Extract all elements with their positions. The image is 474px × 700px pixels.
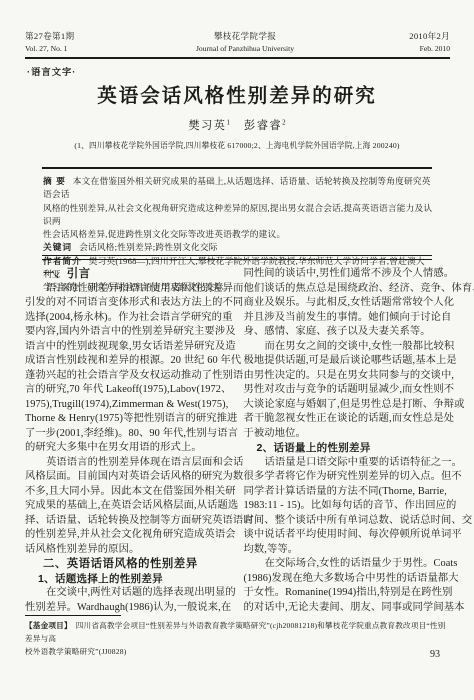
section-label: ·语言文字· [27,64,76,78]
body-line-text: 均数,等等。 [244,544,299,555]
volume-cn: 第27卷第1期 [25,31,135,43]
left-column: 一、引言语言的性别差异指语言使用者因性别差异而引发的对不同语言变体形式和表达方法… [25,267,232,615]
body-line: 择、话语量、话轮转换及控制等方面研究英语语言 [25,514,232,529]
body-line-text: 究成果的基础上,在英语会话风格层面,从话题选 [25,500,238,511]
journal-name-cn: 攀枝花学院学报 [135,31,355,43]
body-line-text: 成语言性别歧视和差异的根源。20 世纪 60 年代 [25,355,241,366]
body-line-text: 而在男女之间的交谈中,女性一般都比较积 [265,341,455,352]
issue-date: 2010年2月 Feb. 2010 [355,31,450,54]
body-line-text: 商业及娱乐。与此相反,女性话题常常较个人化 [244,297,455,308]
body-line: 很多学者将它作为研究性别差异的切入点。但不 [244,470,451,485]
body-line: 语言的性别差异指语言使用者因性别差异而 [25,282,232,297]
body-line-text: 在交谈中,两性对话题的选择表现出明显的 [46,587,236,598]
body-line: 2、话语量上的性别差异 [244,441,451,456]
body-line: 身、感情、家庭、孩子以及夫妻关系等。 [244,325,451,340]
body-line-text: 2、话语量上的性别差异 [257,442,371,454]
body-line: 同学者计算话语量的方法不同(Thorne, Barrie, [244,485,451,500]
body-line: 并且涉及当前发生的事情。她们倾向于讨论自 [244,311,451,326]
footnote-text-1: 四川省高教学会项目“性别差异与外语教育教学策略研究”(cjh20081218)和… [25,621,446,643]
affiliation-line: (1、四川攀枝花学院外国语学院,四川攀枝花 617000;2、上海电机学院外国语… [0,140,474,151]
footnote-line-1: 【基金项目】四川省高教学会项目“性别差异与外语教育教学策略研究”(cjh2008… [25,620,453,646]
author-1-superscript: 1 [227,118,231,126]
journal-name: 攀枝花学院学报 Journal of Panzhihua University [135,31,355,54]
body-line: 由男性决定的。只是在男女共同参与的交谈中, [244,369,451,384]
body-line-text: 言的研究,70 年代 Lakeoff(1975),Labov(1972、 [25,384,231,395]
body-line-text: 蓬勃兴起的社会语言学及女权运动推动了性别语 [25,370,243,381]
body-line: 的研究大多集中在男女用语的形式上。 [25,441,232,456]
body-line-text: 同学者计算话语量的方法不同(Thorne, Barrie, [244,486,447,497]
body-line: 于被动地位。 [244,427,451,442]
body-line: 的性别差异,并从社会文化视角研究造成英语会 [25,528,232,543]
body-line-text: 于被动地位。 [244,428,306,439]
body-line-text: 择、话语量、话轮转换及控制等方面研究英语语言 [25,515,254,526]
body-line: 选择(2004,杨永林)。作为社会语言学研究的重 [25,311,232,326]
body-line: 时间、整个谈话中所有单词总数、说话总时间、交 [244,514,451,529]
abstract-line-text: 本文在借鉴国外相关研究成果的基础上,从话题选择、话语量、话轮转换及控制等角度研究… [43,176,431,199]
body-line: 而在男女之间的交谈中,女性一般都比较积 [244,340,451,355]
abstract-top-rule [42,167,432,169]
abstract-line: 摘 要本文在借鉴国外相关研究成果的基础上,从话题选择、话语量、话轮转换及控制等角… [43,175,433,202]
body-line-text: 话风格性别差异的原因。 [25,544,139,555]
body-line: 1、话题选择上的性别差异 [25,572,232,587]
body-line-text: 语言的性别差异指语言使用者因性别差异而 [46,283,244,294]
body-line: 究成果的基础上,在英语会话风格层面,从话题选 [25,499,232,514]
body-line-text: 由男性决定的。只是在男女共同参与的交谈中, [244,370,455,381]
body-line-text: 时间、整个谈话中所有单词总数、说话总时间、交 [244,515,473,526]
body-line: 的对话中,无论夫妻间、朋友、同事或同学间基本 [244,601,451,616]
right-column: 同性间的谈话中,男性们通常不涉及个人情感。他们谈话的焦点总是围绕政治、经济、竞争… [244,267,451,615]
body-line-text: 二、英语话语风格的性别差异 [43,558,198,570]
volume-info: 第27卷第1期 Vol. 27, No. 1 [25,31,135,54]
body-line-text: 在交际场合,女性的话语量少于男性。Coats [265,558,458,569]
body-line: 者干脆忽视女性正在谈论的话题,而女性总是处 [244,412,451,427]
body-line-text: 身、感情、家庭、孩子以及夫妻关系等。 [244,326,431,337]
body-line-text: 的研究大多集中在男女用语的形式上。 [25,442,202,453]
body-line: 1983:11 - 15)。比如每句话的音节、作出回应的 [244,499,451,514]
body-line: 在交谈中,两性对话题的选择表现出明显的 [25,586,232,601]
body-line-text: 了一步(2001,李经维)。80、90 年代,性别与语言 [25,428,238,439]
body-line-text: 的对话中,无论夫妻间、朋友、同事或同学间基本 [244,602,465,613]
abstract-line: 关键词会话风格;性别差异;跨性别文化交际 [43,241,433,254]
abstract-line-text: 风格的性别差异,从社会文化视角研究造成这种差异的原因,提出男女混合会话,提高英语… [43,203,432,226]
body-line-text: 男性对攻击与竞争的话题明显减少,而女性则不 [244,384,455,395]
body-line-text: 话语量是口语交际中重要的话语特征之一。 [265,457,463,468]
body-line-text: (1986)发现在绝大多数场合中男性的话语量都大 [244,573,459,584]
page-number: 93 [430,649,440,660]
body-line: 1975),Trugill(1974),Zimmerman & West(197… [25,398,232,413]
body-line-text: Thorne & Henry(1975)等把性别语言的研究推进 [25,413,237,424]
body-line: 语言中的性别歧视现象,男女话语差异研究及造 [25,340,232,355]
body-line-text: 1983:11 - 15)。比如每句话的音节、作出回应的 [244,500,457,511]
body-line: 成语言性别歧视和差异的根源。20 世纪 60 年代 [25,354,232,369]
body-line-text: 的性别差异,并从社会文化视角研究造成英语会 [25,529,236,540]
issue-date-cn: 2010年2月 [355,31,450,43]
body-line-text: 谈中说话者平均使用时间、每次停顿所说单词平 [244,529,462,540]
journal-header: 第27卷第1期 Vol. 27, No. 1 攀枝花学院学报 Journal o… [25,31,450,54]
body-line-text: 性别差异。Wardhaugh(1986)认为,一般说来,在 [25,602,231,613]
abstract-field-label: 关键词 [43,242,72,252]
body-line: (1986)发现在绝大多数场合中男性的话语量都大 [244,572,451,587]
body-line: 同性间的谈话中,男性们通常不涉及个人情感。 [244,267,451,282]
body-line-text: 很多学者将它作为研究性别差异的切入点。但不 [244,471,462,482]
paper-page: 第27卷第1期 Vol. 27, No. 1 攀枝花学院学报 Journal o… [0,0,474,700]
body-line: 一、引言 [25,267,232,282]
body-line: 话风格性别差异的原因。 [25,543,232,558]
body-line-text: 选择(2004,杨永林)。作为社会语言学研究的重 [25,312,232,323]
body-line-text: 于女性。Romanine(1994)指出,特别是在跨性别 [244,587,453,598]
abstract-line: 性会话风格差异,促进跨性别文化交际等改进英语教学的建议。 [43,228,433,241]
body-line-text: 极地提供话题,可是最后谈论哪些话题,基本上是 [244,355,457,366]
body-line: 风格层面。目前国内对英语会话风格的研究为数 [25,470,232,485]
body-line: 蓬勃兴起的社会语言学及女权运动推动了性别语 [25,369,232,384]
body-line: 他们谈话的焦点总是围绕政治、经济、竞争、体育、 [244,282,451,297]
body-line: 英语语言的性别差异体现在语言层面和会话 [25,456,232,471]
body-line: 话语量是口语交际中重要的话语特征之一。 [244,456,451,471]
article-title: 英语会话风格性别差异的研究 [0,80,474,108]
body-line-text: 他们谈话的焦点总是围绕政治、经济、竞争、体育、 [244,283,474,294]
fund-project-footnote: 【基金项目】四川省高教学会项目“性别差异与外语教育教学策略研究”(cjh2008… [25,620,453,658]
footnote-rule [25,615,121,616]
body-line: 性别差异。Wardhaugh(1986)认为,一般说来,在 [25,601,232,616]
body-line: 要内容,国内外语言中的性别差异研究主要涉及 [25,325,232,340]
body-line-text: 英语语言的性别差异体现在语言层面和会话 [46,457,244,468]
body-line: 大谈论家庭与婚姻了,但是男性总是打断、争辩或 [244,398,451,413]
body-line-text: 语言中的性别歧视现象,男女话语差异研究及造 [25,341,236,352]
author-1: 樊习英1 [188,120,230,132]
article-body: 一、引言语言的性别差异指语言使用者因性别差异而引发的对不同语言变体形式和表达方法… [25,267,450,615]
abstract-line-text: 会话风格;性别差异;跨性别文化交际 [79,242,218,252]
body-line: 于女性。Romanine(1994)指出,特别是在跨性别 [244,586,451,601]
body-line: 二、英语话语风格的性别差异 [25,557,232,572]
body-line-text: 要内容,国内外语言中的性别差异研究主要涉及 [25,326,236,337]
footnote-line-2: 校外语教学策略研究”(JJ0828) [25,646,453,659]
body-line: 引发的对不同语言变体形式和表达方法上的不同 [25,296,232,311]
abstract-line: 风格的性别差异,从社会文化视角研究造成这种差异的原因,提出男女混合会话,提高英语… [43,202,433,229]
abstract-line-text: 性会话风格差异,促进跨性别文化交际等改进英语教学的建议。 [43,229,285,239]
body-line-text: 者干脆忽视女性正在谈论的话题,而女性总是处 [244,413,455,424]
abstract-bottom-rule [42,255,432,260]
journal-name-en: Journal of Panzhihua University [135,43,355,55]
body-line: 言的研究,70 年代 Lakeoff(1975),Labov(1972、 [25,383,232,398]
body-line-text: 1975),Trugill(1974),Zimmerman & West(197… [25,399,228,410]
body-line: 商业及娱乐。与此相反,女性话题常常较个人化 [244,296,451,311]
authors-line: 樊习英1彭睿睿2 [0,117,474,133]
header-rule [25,57,450,59]
author-2-superscript: 2 [282,118,286,126]
body-line-text: 引发的对不同语言变体形式和表达方法上的不同 [25,297,243,308]
body-line-text: 同性间的谈话中,男性们通常不涉及个人情感。 [244,268,455,279]
body-line: 极地提供话题,可是最后谈论哪些话题,基本上是 [244,354,451,369]
fund-project-label: 【基金项目】 [25,621,72,630]
body-line-text: 并且涉及当前发生的事情。她们倾向于讨论自 [244,312,452,323]
body-line: Thorne & Henry(1975)等把性别语言的研究推进 [25,412,232,427]
volume-en: Vol. 27, No. 1 [25,43,135,55]
body-line-text: 1、话题选择上的性别差异 [38,573,163,585]
body-line: 在交际场合,女性的话语量少于男性。Coats [244,557,451,572]
body-line: 谈中说话者平均使用时间、每次停顿所说单词平 [244,528,451,543]
body-line-text: 不多,且大同小异。因此本文在借鉴国外相关研 [25,486,236,497]
body-line-text: 一、引言 [43,268,91,280]
body-line: 男性对攻击与竞争的话题明显减少,而女性则不 [244,383,451,398]
body-line: 均数,等等。 [244,543,451,558]
body-line: 不多,且大同小异。因此本文在借鉴国外相关研 [25,485,232,500]
body-line: 了一步(2001,李经维)。80、90 年代,性别与语言 [25,427,232,442]
abstract-field-label: 摘 要 [43,176,66,186]
author-2: 彭睿睿2 [244,120,286,132]
body-line-text: 大谈论家庭与婚姻了,但是男性总是打断、争辩或 [244,399,465,410]
body-line-text: 风格层面。目前国内对英语会话风格的研究为数 [25,471,243,482]
issue-date-en: Feb. 2010 [355,43,450,55]
